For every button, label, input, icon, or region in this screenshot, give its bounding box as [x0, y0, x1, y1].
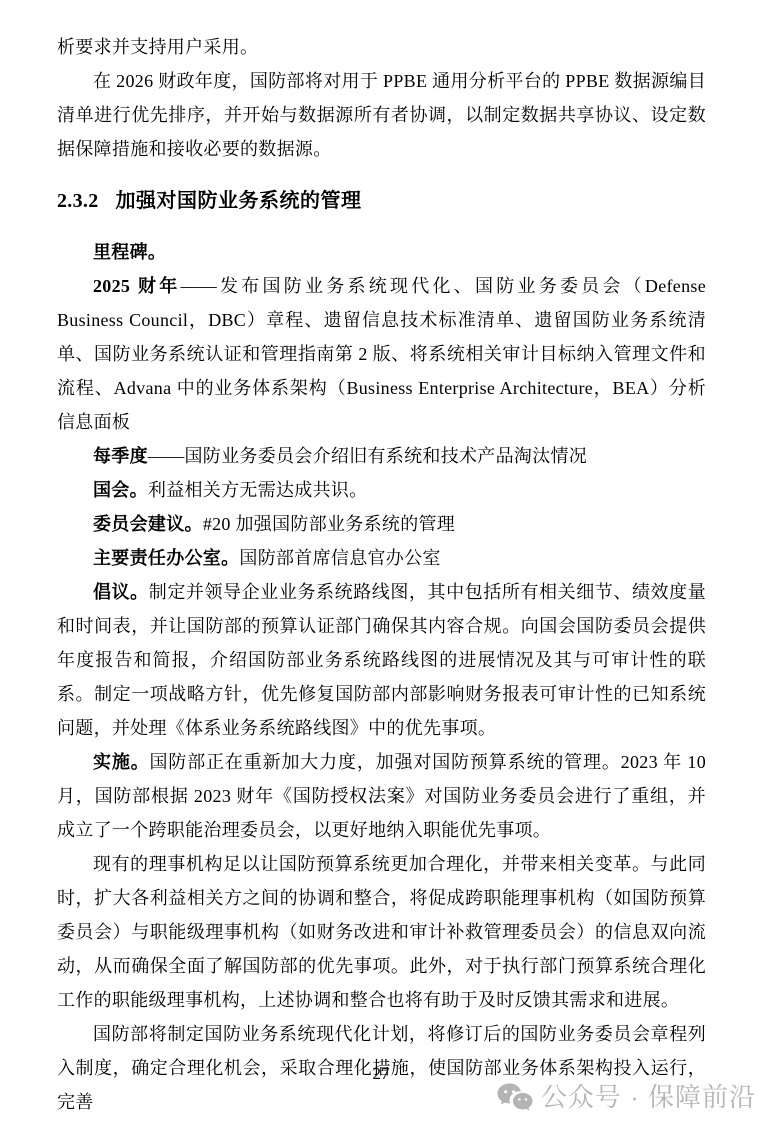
paragraph-implementation: 实施。国防部正在重新加大力度，加强对国防预算系统的管理。2023 年 10 月，… [57, 745, 706, 847]
paragraph-text: 现有的理事机构足以让国防预算系统更加合理化，并带来相关变革。与此同时，扩大各利益… [57, 854, 706, 1010]
paragraph-responsible-office: 主要责任办公室。国防部首席信息官办公室 [57, 541, 706, 575]
paragraph-label: 里程碑。 [93, 242, 166, 262]
paragraph-label: 主要责任办公室。 [93, 548, 239, 568]
wechat-icon [497, 1082, 533, 1112]
paragraph-label: 每季度 [93, 446, 148, 466]
paragraph-text: 析要求并支持用户采用。 [57, 37, 258, 57]
paragraph-label: 委员会建议。 [93, 514, 203, 534]
paragraph-committee-recommendation: 委员会建议。#20 加强国防部业务系统的管理 [57, 507, 706, 541]
paragraph-label: 2025 财年 [93, 276, 180, 296]
section-number: 2.3.2 [57, 190, 99, 212]
paragraph-continuation: 析要求并支持用户采用。 [57, 30, 706, 64]
paragraph-fy2025: 2025 财年——发布国防业务系统现代化、国防业务委员会（Defense Bus… [57, 269, 706, 439]
paragraph-text: 国防部首席信息官办公室 [239, 548, 440, 568]
paragraph-text: 利益相关方无需达成共识。 [148, 480, 368, 500]
paragraph-quarterly: 每季度——国防业务委员会介绍旧有系统和技术产品淘汰情况 [57, 439, 706, 473]
paragraph-congress: 国会。利益相关方无需达成共识。 [57, 473, 706, 507]
paragraph-text: 国防部正在重新加大力度，加强对国防预算系统的管理。2023 年 10 月，国防部… [57, 752, 706, 840]
paragraph-text: ——国防业务委员会介绍旧有系统和技术产品淘汰情况 [148, 446, 587, 466]
paragraph-initiative: 倡议。制定并领导企业业务系统路线图，其中包括所有相关细节、绩效度量和时间表，并让… [57, 575, 706, 745]
document-body: 析要求并支持用户采用。 在 2026 财政年度，国防部将对用于 PPBE 通用分… [57, 30, 706, 1119]
paragraph-text: 制定并领导企业业务系统路线图，其中包括所有相关细节、绩效度量和时间表，并让国防部… [57, 582, 706, 738]
paragraph-text: 在 2026 财政年度，国防部将对用于 PPBE 通用分析平台的 PPBE 数据… [57, 71, 706, 159]
paragraph-label: 实施。 [93, 752, 150, 772]
section-title: 加强对国防业务系统的管理 [116, 190, 362, 212]
paragraph-fy2026: 在 2026 财政年度，国防部将对用于 PPBE 通用分析平台的 PPBE 数据… [57, 64, 706, 166]
paragraph-text: ——发布国防业务系统现代化、国防业务委员会（Defense Business C… [57, 276, 706, 432]
paragraph-label: 倡议。 [93, 582, 149, 602]
paragraph-milestone: 里程碑。 [57, 235, 706, 269]
paragraph-text: #20 加强国防部业务系统的管理 [203, 514, 455, 534]
watermark-text: 公众号 · 保障前沿 [541, 1082, 756, 1112]
paragraph-governance: 现有的理事机构足以让国防预算系统更加合理化，并带来相关变革。与此同时，扩大各利益… [57, 847, 706, 1017]
document-page: 析要求并支持用户采用。 在 2026 财政年度，国防部将对用于 PPBE 通用分… [0, 0, 762, 1129]
watermark: 公众号 · 保障前沿 [497, 1082, 756, 1112]
section-heading: 2.3.2加强对国防业务系统的管理 [57, 186, 706, 216]
paragraph-label: 国会。 [93, 480, 148, 500]
